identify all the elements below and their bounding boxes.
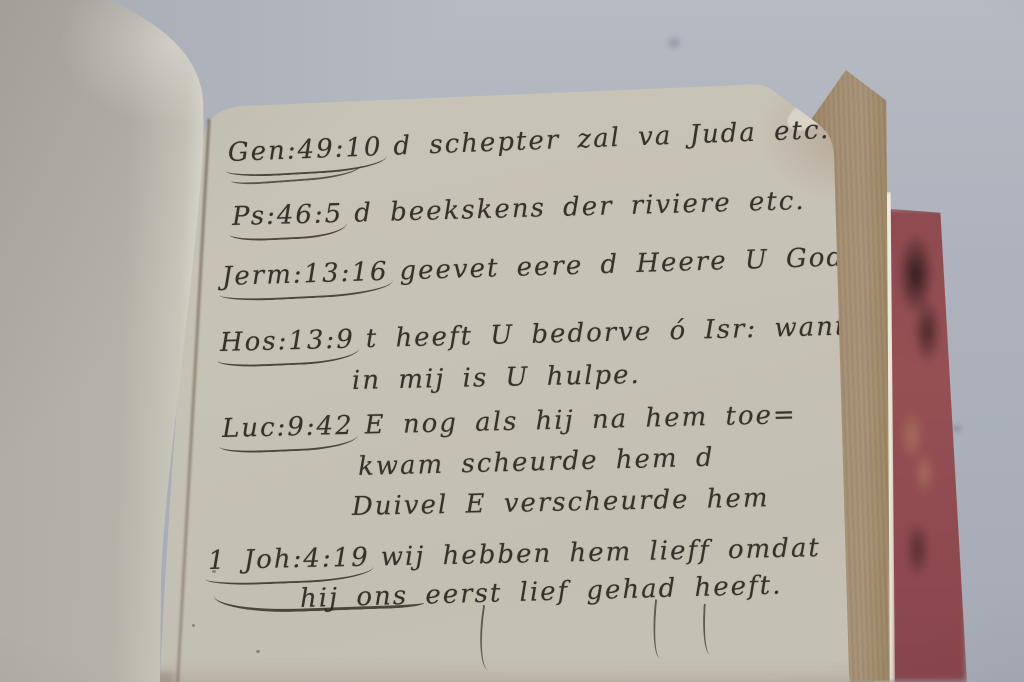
ink-speck: [256, 650, 260, 653]
handwritten-line-hos-13-9: Hos:13:9t heeft U bedorve ó Isr: want: [220, 312, 848, 358]
verse-text: kwam scheurde hem d: [358, 443, 715, 482]
verse-text: t heeft U bedorve ó Isr: want: [365, 312, 847, 355]
verse-reference: 1 Joh:4:19: [208, 543, 370, 576]
background-smudge: [668, 38, 680, 48]
verse-text: in mij is U hulpe.: [352, 360, 641, 396]
handwritten-line-luc-continuation-2: Duivel E verscheurde hem: [352, 483, 770, 522]
verse-reference: Gen:49:10: [227, 132, 383, 168]
verse-reference: Luc:9:42: [222, 411, 354, 444]
verse-text: d beekskens der riviere etc.: [354, 186, 806, 229]
handwritten-line-gen-49-10: Gen:49:10d schepter zal va Juda etc:: [227, 115, 831, 168]
verse-text: geevet eere d Heere U Godts: [399, 242, 873, 287]
book-photograph: Gen:49:10d schepter zal va Juda etc: Ps:…: [0, 0, 1024, 682]
verse-text: Duivel E verscheurde hem: [352, 483, 770, 522]
handwritten-line-hos-continuation: in mij is U hulpe.: [352, 360, 641, 396]
verse-text: d schepter zal va Juda etc:: [393, 115, 832, 162]
handwritten-line-ps-46-5: Ps:46:5d beekskens der riviere etc.: [232, 186, 806, 232]
handwritten-line-jerm-13-16: Jerm:13:16geevet eere d Heere U Godts: [222, 242, 874, 292]
handwritten-line-luc-continuation-1: kwam scheurde hem d: [358, 443, 715, 482]
verse-reference: Ps:46:5: [232, 199, 344, 232]
verse-text: E nog als hij na hem toe=: [364, 400, 797, 441]
ink-flourish-tail: [473, 605, 501, 671]
verse-text: wij hebben hem lieff omdat: [380, 533, 821, 572]
ink-flourish-tail: [649, 599, 669, 658]
background-smudge: [953, 425, 961, 432]
ink-speck: [192, 624, 195, 627]
handwritten-line-luc-9-42: Luc:9:42E nog als hij na hem toe=: [222, 400, 797, 444]
verse-reference: Jerm:13:16: [222, 257, 389, 292]
handwritten-line-1joh-4-19: 1 Joh:4:19wij hebben hem lieff omdat: [208, 533, 821, 576]
verse-reference: Hos:13:9: [220, 324, 356, 358]
ink-flourish-tail: [700, 604, 715, 655]
